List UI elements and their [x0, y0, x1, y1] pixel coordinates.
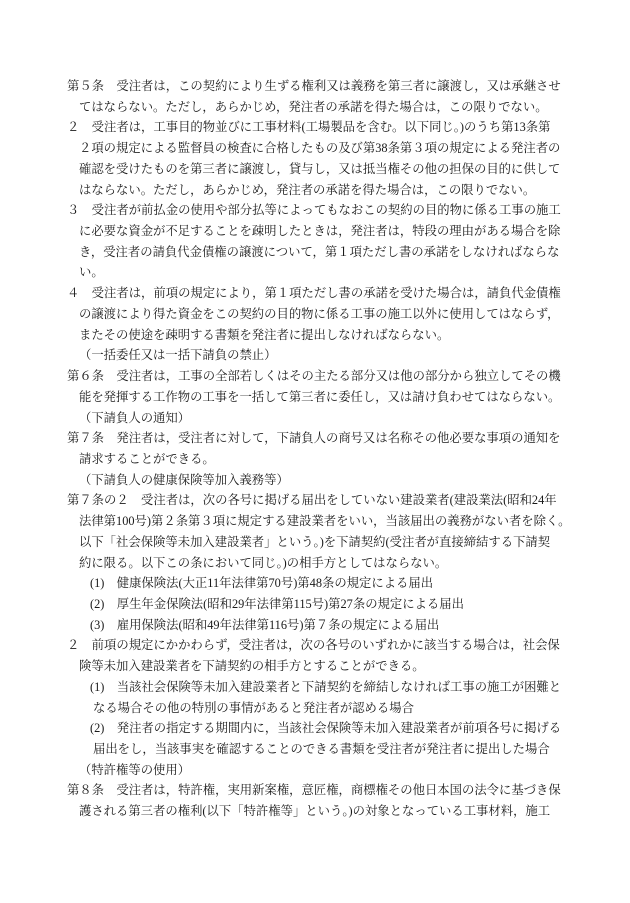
- document-line: ２ 受注者は，工事目的物並びに工事材料(工場製品を含む。以下同じ。)のうち第13…: [67, 117, 572, 138]
- document-line: 法律第100号)第２条第３項に規定する建設業者をいい，当該届出の義務がない者を除…: [79, 511, 572, 532]
- document-line: 険等未加入建設業者を下請契約の相手方とすることができる。: [79, 656, 572, 677]
- document-line: 第７条 発注者は，受注者に対して，下請負人の商号又は名称その他必要な事項の通知を: [67, 428, 572, 449]
- document-line: (2) 発注者の指定する期間内に，当該社会保険等未加入建設業者が前項各号に掲げる: [90, 718, 572, 739]
- contract-text-block: 第５条 受注者は，この契約により生ずる権利又は義務を第三者に譲渡し，又は承継させ…: [67, 76, 572, 822]
- document-line: に必要な資金が不足することを疎明したときは，発注者は，特段の理由がある場合を除: [79, 221, 572, 242]
- document-line: （下請負人の通知）: [79, 408, 572, 429]
- document-line: 届出をし，当該事実を確認することのできる書類を受注者が発注者に提出した場合: [93, 739, 572, 760]
- document-line: 以下「社会保険等未加入建設業者」という。)を下請契約(受注者が直接締結する下請契: [79, 532, 572, 553]
- document-line: 能を発揮する工作物の工事を一括して第三者に委任し，又は請け負わせてはならない。: [79, 387, 572, 408]
- document-line: 第８条 受注者は，特許権，実用新案権，意匠権，商標権その他日本国の法令に基づき保: [67, 780, 572, 801]
- document-line: き，受注者の請負代金債権の譲渡について，第１項ただし書の承諾をしなければならな: [79, 242, 572, 263]
- document-line: (3) 雇用保険法(昭和49年法律第116号)第７条の規定による届出: [90, 615, 572, 636]
- document-line: ２ 前項の規定にかかわらず，受注者は，次の各号のいずれかに該当する場合は，社会保: [67, 635, 572, 656]
- document-page: 第５条 受注者は，この契約により生ずる権利又は義務を第三者に譲渡し，又は承継させ…: [0, 0, 630, 903]
- document-line: 確認を受けたものを第三者に譲渡し，貸与し，又は抵当権その他の担保の目的に供して: [79, 159, 572, 180]
- document-line: てはならない。ただし，あらかじめ，発注者の承諾を得た場合は，この限りでない。: [79, 97, 572, 118]
- document-line: （下請負人の健康保険等加入義務等）: [79, 470, 572, 491]
- document-line: (2) 厚生年金保険法(昭和29年法律第115号)第27条の規定による届出: [90, 594, 572, 615]
- document-line: ３ 受注者が前払金の使用や部分払等によってもなおこの契約の目的物に係る工事の施工: [67, 200, 572, 221]
- document-line: （特許権等の使用）: [79, 760, 572, 781]
- document-line: （一括委任又は一括下請負の禁止）: [79, 345, 572, 366]
- document-line: ４ 受注者は，前項の規定により，第１項ただし書の承諾を受けた場合は，請負代金債権: [67, 283, 572, 304]
- document-line: はならない。ただし，あらかじめ，発注者の承諾を得た場合は，この限りでない。: [79, 180, 572, 201]
- document-line: の譲渡により得た資金をこの契約の目的物に係る工事の施工以外に使用してはならず，: [79, 304, 572, 325]
- document-line: またその使途を疎明する書類を発注者に提出しなければならない。: [79, 325, 572, 346]
- document-line: い。: [79, 262, 572, 283]
- document-line: ２項の規定による監督員の検査に合格したもの及び第38条第３項の規定による発注者の: [79, 138, 572, 159]
- document-line: 第６条 受注者は，工事の全部若しくはその主たる部分又は他の部分から独立してその機: [67, 366, 572, 387]
- document-line: 護される第三者の権利(以下「特許権等」という。)の対象となっている工事材料，施工: [79, 801, 572, 822]
- document-line: 約に限る。以下この条において同じ。)の相手方としてはならない。: [79, 553, 572, 574]
- document-line: (1) 健康保険法(大正11年法律第70号)第48条の規定による届出: [90, 573, 572, 594]
- document-line: 第５条 受注者は，この契約により生ずる権利又は義務を第三者に譲渡し，又は承継させ: [67, 76, 572, 97]
- document-line: 第７条の２ 受注者は，次の各号に掲げる届出をしていない建設業者(建設業法(昭和2…: [67, 490, 572, 511]
- document-line: なる場合その他の特別の事情があると発注者が認める場合: [93, 698, 572, 719]
- document-line: (1) 当該社会保険等未加入建設業者と下請契約を締結しなければ工事の施工が困難と: [90, 677, 572, 698]
- document-line: 請求することができる。: [79, 449, 572, 470]
